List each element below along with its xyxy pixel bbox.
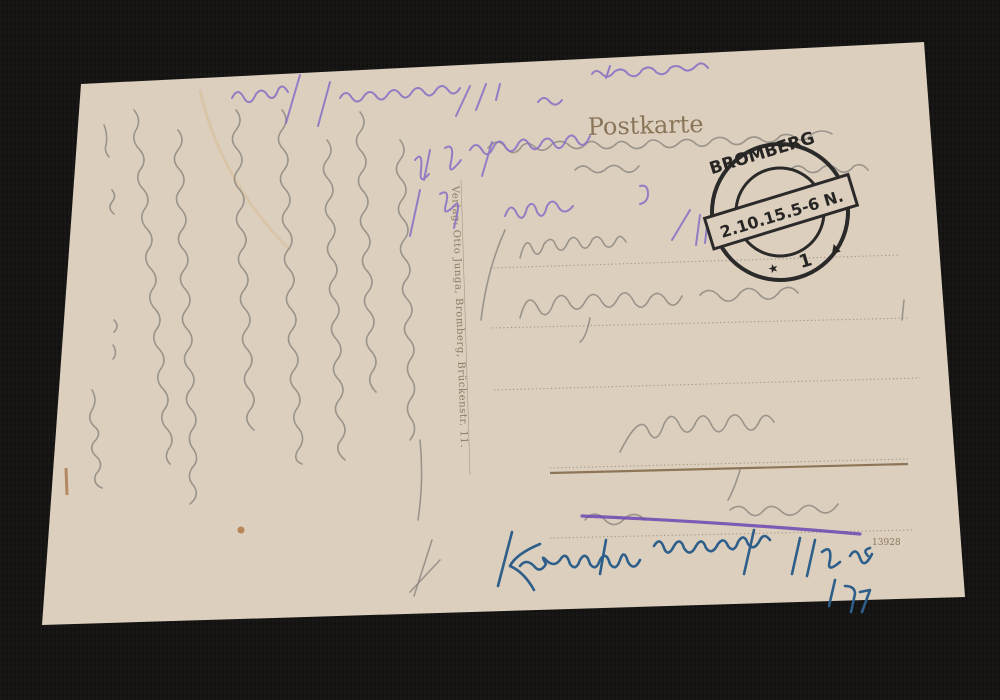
stain bbox=[238, 527, 245, 534]
postcard: Postkarte Verlag: Otto Junga, Bromberg, … bbox=[42, 42, 965, 625]
stain bbox=[66, 468, 67, 495]
print-number: 13928 bbox=[872, 538, 901, 548]
photo-scene: Postkarte Verlag: Otto Junga, Bromberg, … bbox=[0, 0, 1000, 700]
postkarte-heading: Postkarte bbox=[587, 110, 703, 141]
postcard-card bbox=[42, 42, 965, 625]
